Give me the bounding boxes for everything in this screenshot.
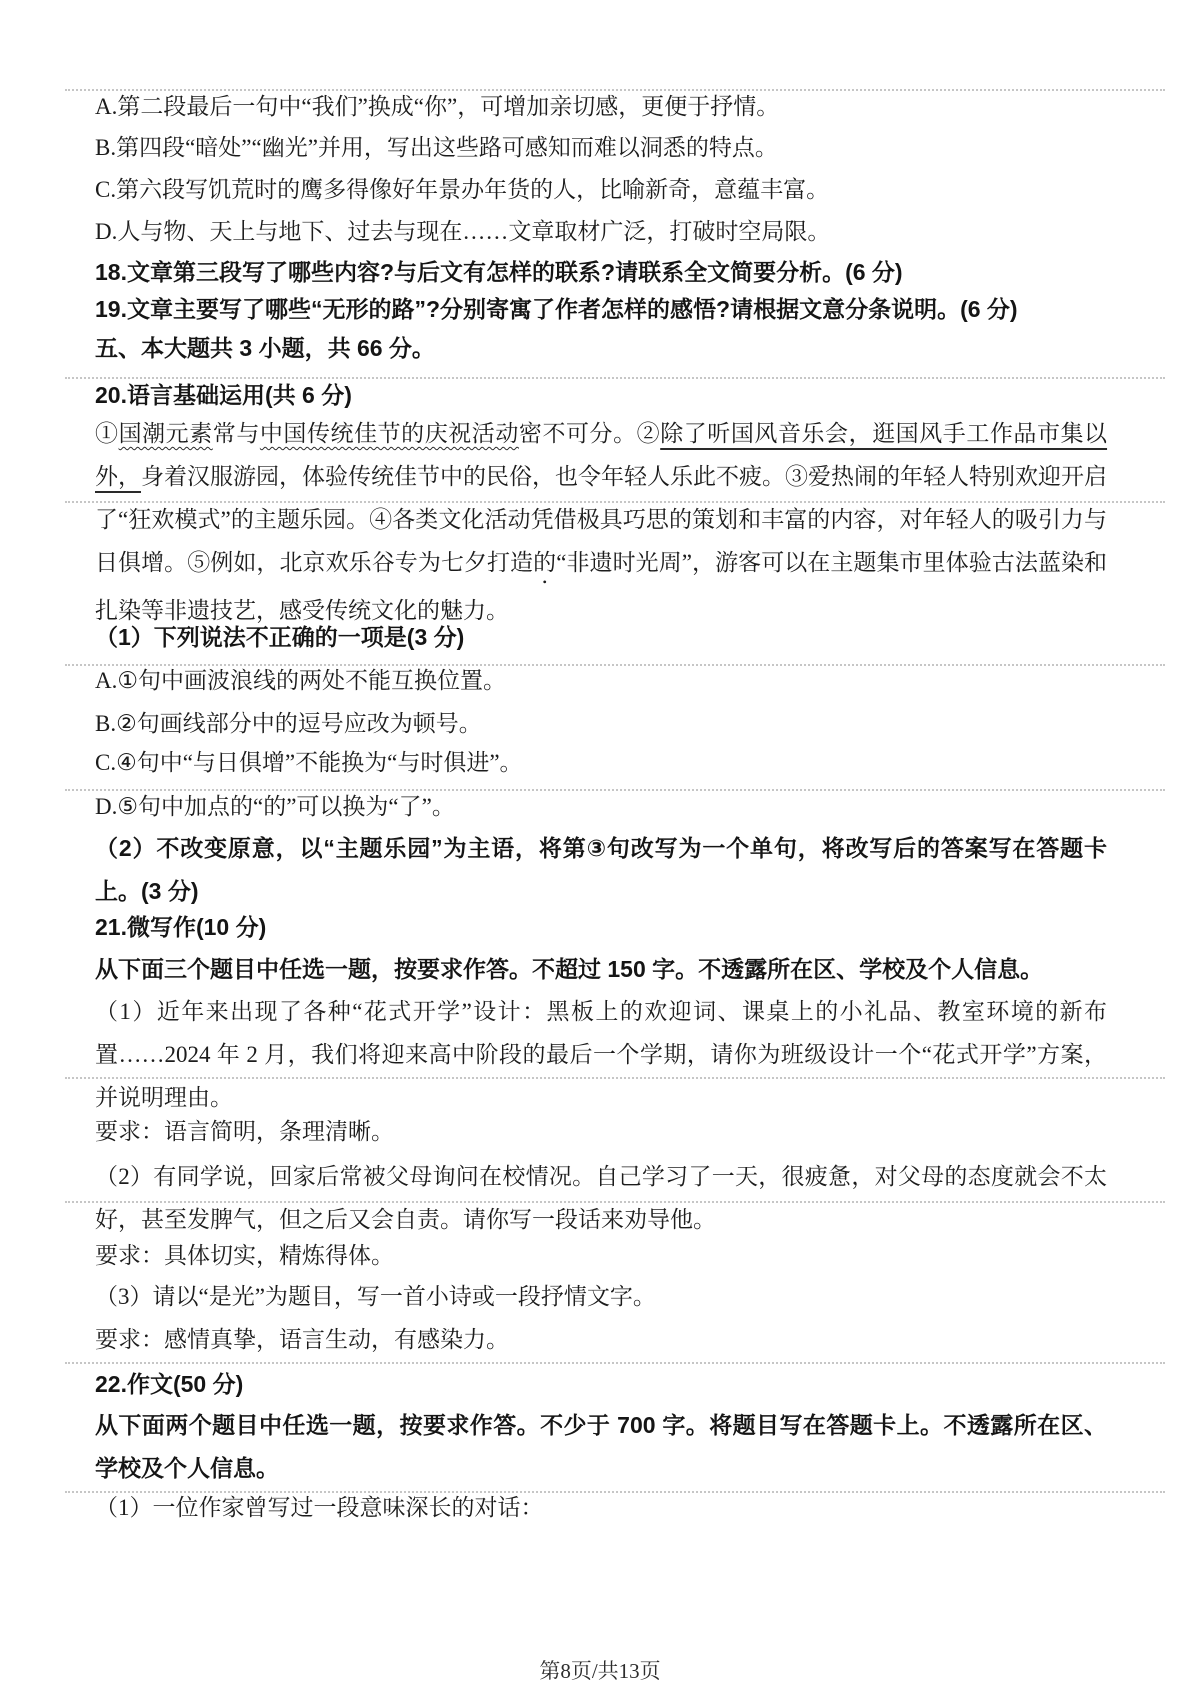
- q20-sub1-option-a: A.①句中画波浪线的两处不能互换位置。: [95, 666, 1107, 696]
- passage-wavy-underline: 中国传统佳节的庆祝活动: [260, 421, 519, 446]
- question-19: 19.文章主要写了哪些“无形的路”?分别寄寓了作者怎样的感悟?请根据文意分条说明…: [95, 294, 1107, 324]
- q22-title: 22.作文(50 分): [95, 1369, 1107, 1399]
- q22-item-1: （1）一位作家曾写过一段意味深长的对话：: [95, 1493, 1107, 1523]
- dotted-separator: [65, 789, 1165, 791]
- q20-sub1-option-c: C.④句中“与日俱增”不能换为“与时俱进”。: [95, 748, 1107, 778]
- dotted-separator: [65, 1362, 1165, 1364]
- passage-segment: 密不可分。②: [519, 421, 660, 446]
- dotted-separator: [65, 377, 1165, 379]
- q21-requirement-3: 要求：感情真挚，语言生动，有感染力。: [95, 1325, 1107, 1355]
- q21-item-3: （3）请以“是光”为题目，写一首小诗或一段抒情文字。: [95, 1282, 1107, 1312]
- reading-option-a: A.第二段最后一句中“我们”换成“你”，可增加亲切感，更便于抒情。: [95, 92, 1107, 122]
- reading-option-b: B.第四段“暗处”“幽光”并用，写出这些路可感知而难以洞悉的特点。: [95, 133, 1107, 163]
- q21-requirement-1: 要求：语言简明，条理清晰。: [95, 1117, 1107, 1147]
- q21-intro: 从下面三个题目中任选一题，按要求作答。不超过 150 字。不透露所在区、学校及个…: [95, 954, 1107, 984]
- passage-dot-emphasis: 的: [533, 550, 556, 575]
- dotted-separator: [65, 89, 1165, 91]
- section-five-header: 五、本大题共 3 小题，共 66 分。: [95, 333, 1107, 363]
- q20-title: 20.语言基础运用(共 6 分): [95, 380, 1107, 410]
- passage-wavy-underline: 国潮元素: [119, 421, 213, 446]
- q21-item-1: （1）近年来出现了各种“花式开学”设计：黑板上的欢迎词、课桌上的小礼品、教室环境…: [95, 990, 1107, 1119]
- passage-segment: 常与: [213, 421, 260, 446]
- q20-sub1-option-d: D.⑤句中加点的“的”可以换为“了”。: [95, 792, 1107, 822]
- passage-segment: ①: [95, 421, 119, 446]
- q20-sub1-option-b: B.②句画线部分中的逗号应改为顿号。: [95, 709, 1107, 739]
- q21-title: 21.微写作(10 分): [95, 912, 1107, 942]
- q20-sub1-title: （1）下列说法不正确的一项是(3 分): [95, 622, 1107, 652]
- q21-item-2: （2）有同学说，回家后常被父母询问在校情况。自己学习了一天，很疲惫，对父母的态度…: [95, 1155, 1107, 1241]
- q20-sub2: （2）不改变原意，以“主题乐园”为主语，将第③句改写为一个单句，将改写后的答案写…: [95, 827, 1107, 913]
- q20-passage: ①国潮元素常与中国传统佳节的庆祝活动密不可分。②除了听国风音乐会，逛国风手工作品…: [95, 412, 1107, 632]
- exam-paper-page: A.第二段最后一句中“我们”换成“你”，可增加亲切感，更便于抒情。 B.第四段“…: [0, 0, 1200, 1698]
- question-18: 18.文章第三段写了哪些内容?与后文有怎样的联系?请联系全文简要分析。(6 分): [95, 257, 1107, 287]
- reading-option-c: C.第六段写饥荒时的鹰多得像好年景办年货的人，比喻新奇，意蕴丰富。: [95, 175, 1107, 205]
- q22-intro: 从下面两个题目中任选一题，按要求作答。不少于 700 字。将题目写在答题卡上。不…: [95, 1404, 1107, 1490]
- q21-requirement-2: 要求：具体切实，精炼得体。: [95, 1241, 1107, 1271]
- page-footer: 第8页/共13页: [0, 1655, 1200, 1685]
- reading-option-d: D.人与物、天上与地下、过去与现在……文章取材广泛，打破时空局限。: [95, 217, 1107, 247]
